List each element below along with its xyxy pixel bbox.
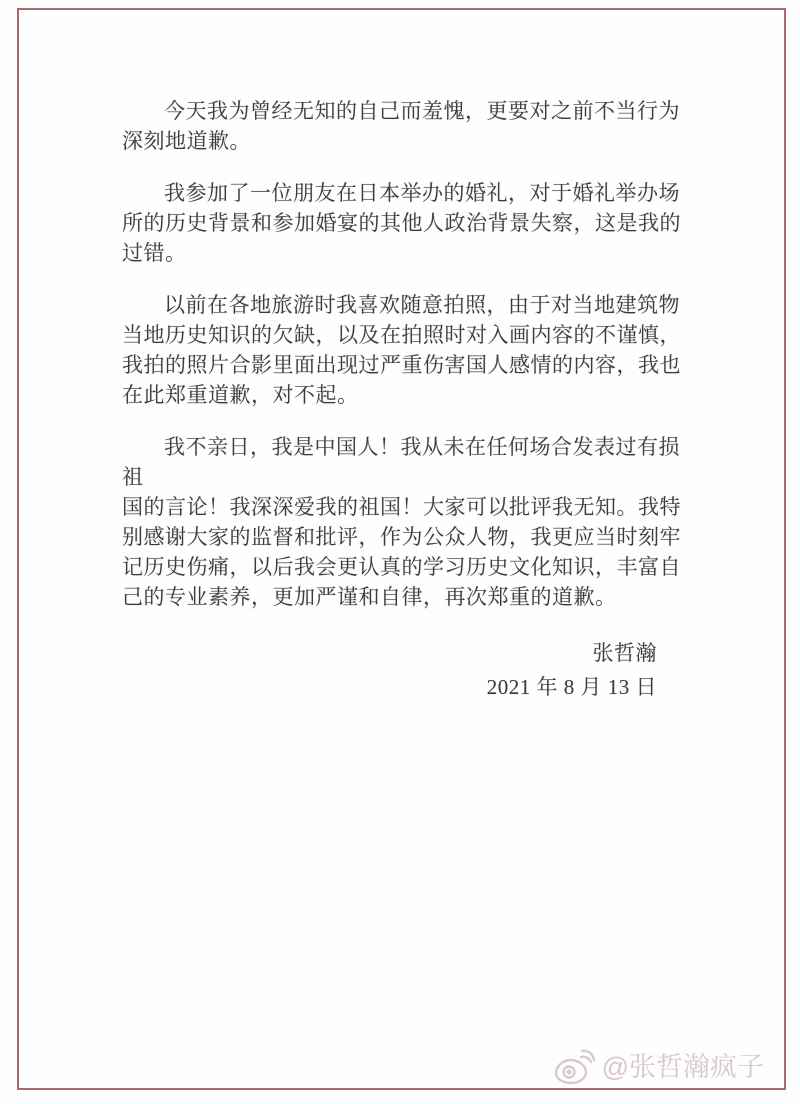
- signature-name: 张哲瀚: [122, 636, 657, 670]
- letter-paragraph: 我参加了一位朋友在日本举办的婚礼，对于婚礼举办场 所的历史背景和参加婚宴的其他人…: [122, 178, 697, 268]
- letter-paragraph: 以前在各地旅游时我喜欢随意拍照，由于对当地建筑物 当地历史知识的欠缺，以及在拍照…: [122, 290, 697, 410]
- letter-paragraph: 我不亲日，我是中国人！我从未在任何场合发表过有损祖 国的言论！我深深爱我的祖国！…: [122, 432, 697, 612]
- weibo-icon: [553, 1048, 595, 1086]
- letter-body: 今天我为曾经无知的自己而羞愧，更要对之前不当行为 深刻地道歉。 我参加了一位朋友…: [122, 96, 697, 704]
- signature-date: 2021 年 8 月 13 日: [122, 670, 657, 704]
- signature-block: 张哲瀚 2021 年 8 月 13 日: [122, 636, 697, 704]
- letter-paragraph: 今天我为曾经无知的自己而羞愧，更要对之前不当行为 深刻地道歉。: [122, 96, 697, 156]
- watermark-handle: @张哲瀚疯子: [602, 1054, 764, 1081]
- letter-page: 今天我为曾经无知的自己而羞愧，更要对之前不当行为 深刻地道歉。 我参加了一位朋友…: [0, 0, 800, 1104]
- weibo-watermark: @张哲瀚疯子: [553, 1048, 764, 1086]
